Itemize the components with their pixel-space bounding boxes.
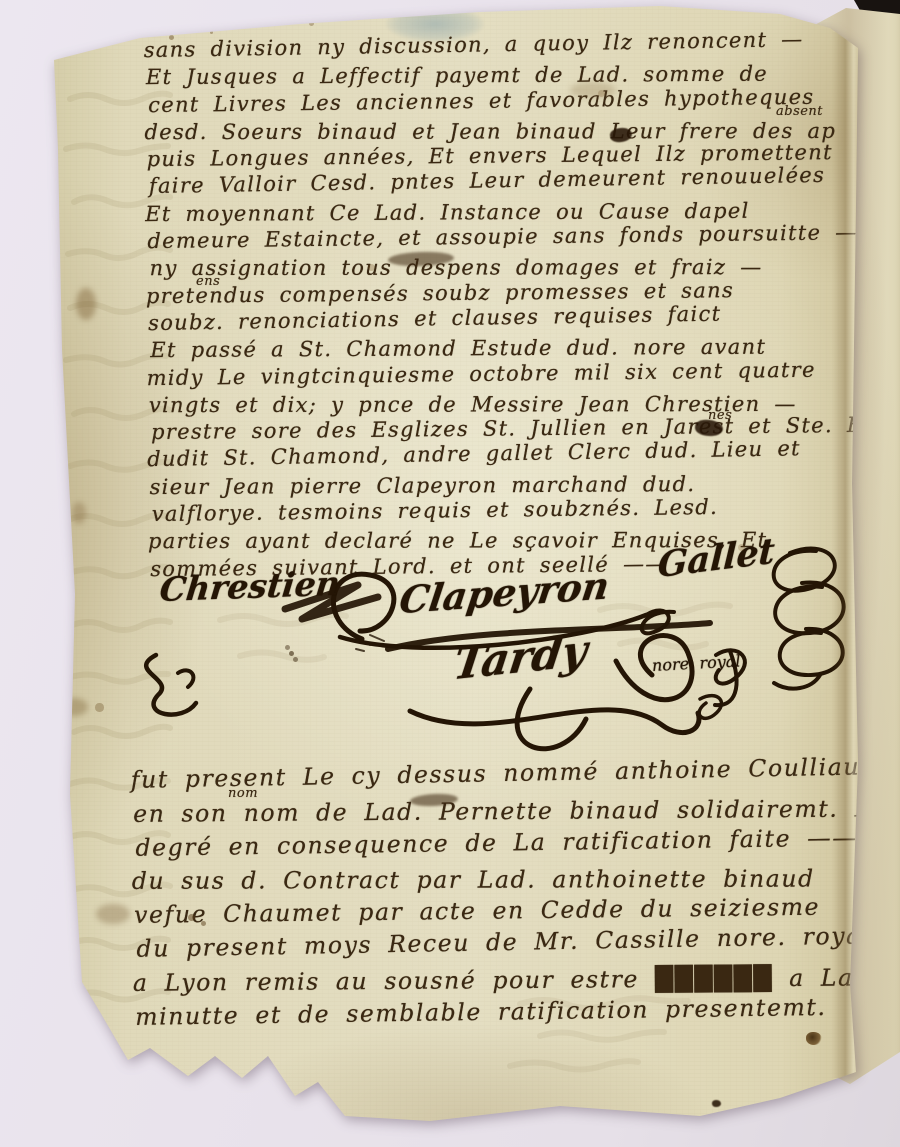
paper-stain	[570, 82, 616, 98]
manuscript-line: fut present Le cy dessus nommé anthoine …	[130, 750, 866, 797]
notary-royal-mark: nore: royal	[652, 651, 741, 675]
edge-stain	[60, 698, 88, 716]
edge-stain	[72, 502, 86, 524]
signature-chrestien: Chrestien	[158, 564, 342, 609]
worm-hole	[806, 1032, 822, 1045]
worm-hole	[878, 1046, 887, 1054]
manuscript-page: sans division ny discussion, a quoy Ilz …	[40, 4, 900, 1130]
fold-crease	[832, 32, 862, 1078]
interline-note-ens: ens	[196, 274, 220, 289]
ink-dot	[712, 1100, 721, 1107]
edge-stain	[96, 904, 130, 924]
foxing-spots	[40, 4, 43, 7]
body-paragraph-1: sans division ny discussion, a quoy Ilz …	[144, 31, 861, 583]
interline-note-absent: absent	[776, 104, 823, 119]
body-paragraph-2: fut present Le cy dessus nommé anthoine …	[131, 756, 870, 1034]
signature-tardy: Tardy	[450, 626, 590, 691]
manuscript-line: sans division ny discussion, a quoy Ilz …	[144, 25, 856, 64]
photograph-background: sans division ny discussion, a quoy Ilz …	[0, 0, 900, 1147]
manuscript-page-wrap: sans division ny discussion, a quoy Ilz …	[40, 4, 900, 1130]
edge-stain	[76, 288, 96, 320]
